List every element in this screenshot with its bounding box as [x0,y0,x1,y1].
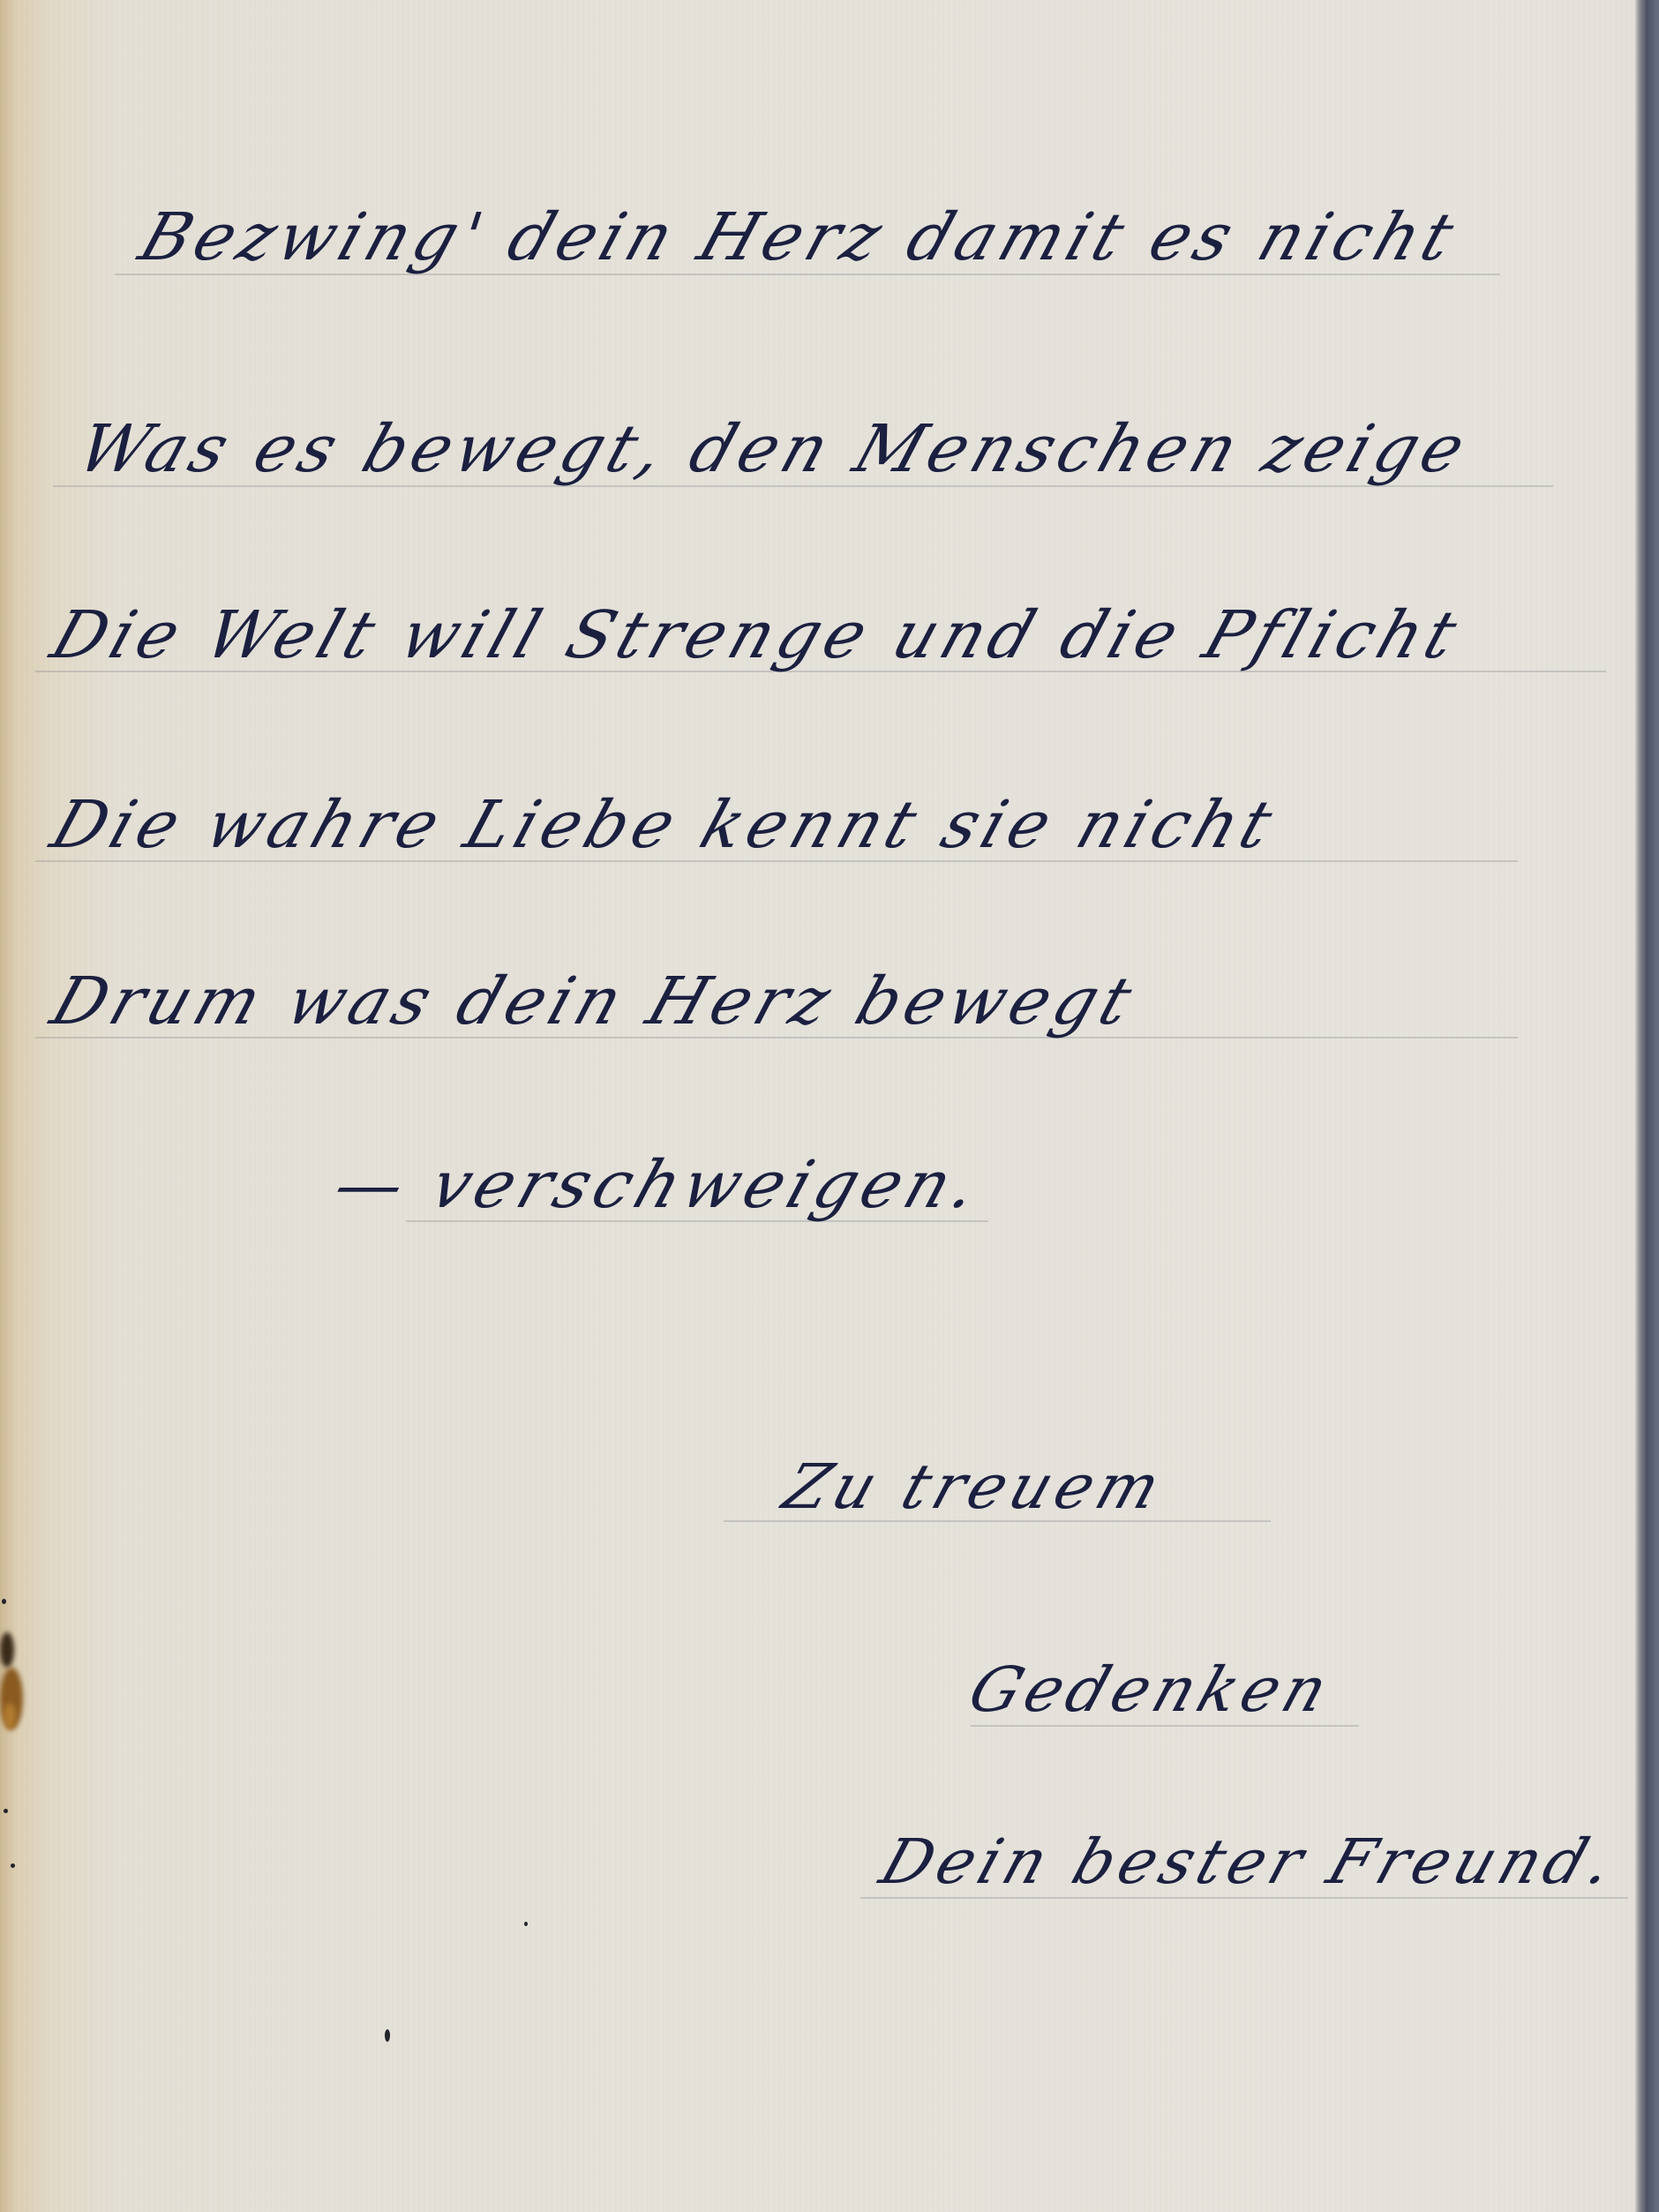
poem-line-1: Bezwing' dein Herz damit es nicht [132,205,1466,270]
ink-speck [11,1863,15,1868]
poem-line-5: Drum was dein Herz bewegt [44,969,1145,1034]
handwritten-page: Bezwing' dein Herz damit es nicht Was es… [0,0,1659,2212]
poem-line-6: — verschweigen. [327,1152,991,1218]
poem-line-3: Die Welt will Strenge und die Pflicht [44,603,1469,668]
ink-speck [385,2029,390,2042]
ink-speck [524,1922,528,1926]
rust-stain [0,1632,14,1668]
rust-stain [4,1703,16,1729]
closing-line-3: Dein bester Freund. [874,1831,1625,1893]
ink-speck [2,1599,6,1604]
ink-speck [4,1809,8,1813]
closing-line-1: Zu treuem [777,1456,1173,1518]
closing-line-2: Gedenken [962,1659,1340,1721]
poem-line-2: Was es bewegt, den Menschen zeige [71,416,1477,482]
poem-line-4: Die wahre Liebe kennt sie nicht [44,792,1285,858]
